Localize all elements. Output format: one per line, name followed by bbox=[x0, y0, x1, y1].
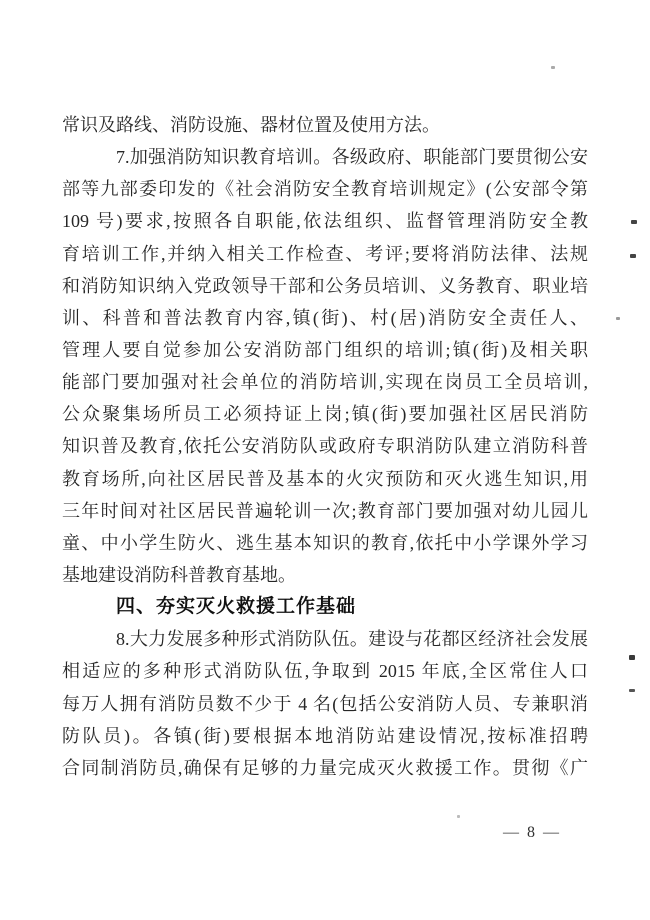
scan-speck bbox=[631, 220, 637, 224]
text-line: 7.加强消防知识教育培训。各级政府、职能部门要贯彻公安 bbox=[62, 141, 588, 173]
text-line: 能部门要加强对社会单位的消防培训,实现在岗员工全员培训, bbox=[62, 366, 588, 398]
text-line: 防队员)。各镇(街)要根据本地消防站建设情况,按标准招聘 bbox=[62, 720, 588, 752]
text-line: 育培训工作,并纳入相关工作检查、考评;要将消防法律、法规 bbox=[62, 238, 588, 270]
text-line: 常识及路线、消防设施、器材位置及使用方法。 bbox=[62, 109, 588, 141]
text-line: 和消防知识纳入党政领导干部和公务员培训、义务教育、职业培 bbox=[62, 270, 588, 302]
page-number: — 8 — bbox=[492, 824, 572, 842]
document-body: 常识及路线、消防设施、器材位置及使用方法。7.加强消防知识教育培训。各级政府、职… bbox=[62, 109, 588, 784]
text-line: 基地建设消防科普教育基地。 bbox=[62, 559, 588, 591]
document-page: 常识及路线、消防设施、器材位置及使用方法。7.加强消防知识教育培训。各级政府、职… bbox=[0, 0, 650, 920]
text-line: 训、科普和普法教育内容,镇(街)、村(居)消防安全责任人、 bbox=[62, 302, 588, 334]
text-line: 管理人要自觉参加公安消防部门组织的培训;镇(街)及相关职 bbox=[62, 334, 588, 366]
text-line: 8.大力发展多种形式消防队伍。建设与花都区经济社会发展 bbox=[62, 623, 588, 655]
text-line: 合同制消防员,确保有足够的力量完成灭火救援工作。贯彻《广 bbox=[62, 752, 588, 784]
text-line: 教育场所,向社区居民普及基本的火灾预防和灭火逃生知识,用 bbox=[62, 463, 588, 495]
text-line: 每万人拥有消防员数不少于 4 名(包括公安消防人员、专兼职消 bbox=[62, 688, 588, 720]
text-line: 相适应的多种形式消防队伍,争取到 2015 年底,全区常住人口 bbox=[62, 655, 588, 687]
section-heading: 四、夯实灭火救援工作基础 bbox=[62, 591, 588, 623]
scan-speck bbox=[551, 66, 555, 69]
text-line: 知识普及教育,依托公安消防队或政府专职消防队建立消防科普 bbox=[62, 430, 588, 462]
scan-speck bbox=[629, 655, 635, 660]
text-line: 三年时间对社区居民普遍轮训一次;教育部门要加强对幼儿园儿 bbox=[62, 495, 588, 527]
scan-speck bbox=[630, 254, 636, 258]
text-line: 公众聚集场所员工必须持证上岗;镇(街)要加强社区居民消防 bbox=[62, 398, 588, 430]
scan-speck bbox=[457, 815, 460, 818]
scan-speck bbox=[629, 689, 635, 692]
scan-speck bbox=[616, 317, 620, 320]
text-line: 109 号)要求,按照各自职能,依法组织、监督管理消防安全教 bbox=[62, 205, 588, 237]
text-line: 童、中小学生防火、逃生基本知识的教育,依托中小学课外学习 bbox=[62, 527, 588, 559]
text-line: 部等九部委印发的《社会消防安全教育培训规定》(公安部令第 bbox=[62, 173, 588, 205]
